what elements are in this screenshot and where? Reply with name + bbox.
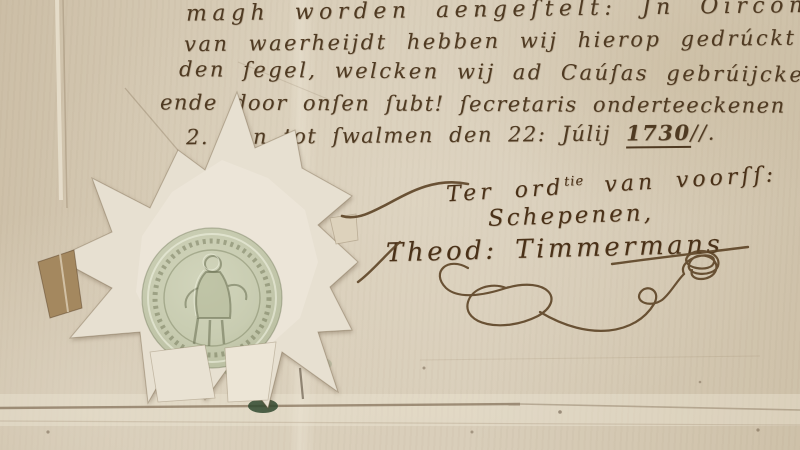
closing-formula-line2: Schepenen, <box>488 200 655 232</box>
seal-figure <box>186 256 247 346</box>
wax-glimpse-right <box>278 212 302 240</box>
seal-disc <box>142 228 282 368</box>
manuscript-line-4: ende door onſen ſubt! ſecretaris onderte… <box>160 90 786 117</box>
manuscript-line-2: van waerheijdt hebben wij hierop gedrúck… <box>184 26 797 56</box>
manuscript-line-1: magh worden aengeſtelt: Jn Oirconde <box>186 0 800 27</box>
closing-formula-text: Ter ord <box>446 175 566 207</box>
paper-wafer-inner <box>136 160 318 362</box>
paper-tab-bottom-right <box>225 342 276 402</box>
document-photo: magh worden aengeſtelt: Jn Oirconde van … <box>0 0 800 450</box>
dateline-flourish-mark: //. <box>690 121 716 145</box>
manuscript-dateline: 2. den tot ſwalmen den 22: Júlij 1730//. <box>186 120 716 150</box>
signature-name: Theod: Timmermans <box>386 230 724 269</box>
seal-legend-ring <box>155 241 269 355</box>
dateline-year: 1730 <box>626 120 691 149</box>
wax-glimpse-left <box>104 208 134 234</box>
abbreviation-superscript: tie <box>564 174 585 190</box>
dateline-text: 2. den tot ſwalmen den 22: Júlij <box>186 121 626 149</box>
closing-formula-text2: van voorſſ: <box>584 162 778 199</box>
wax-glimpse-bottom <box>248 399 278 413</box>
manuscript-line-3: den ſegel, welcken wij ad Caúſas gebrúij… <box>179 57 800 87</box>
paper-tab-right <box>330 214 358 244</box>
paper-tab-brown <box>38 250 82 318</box>
paper-tab-bottom-left <box>150 345 215 402</box>
